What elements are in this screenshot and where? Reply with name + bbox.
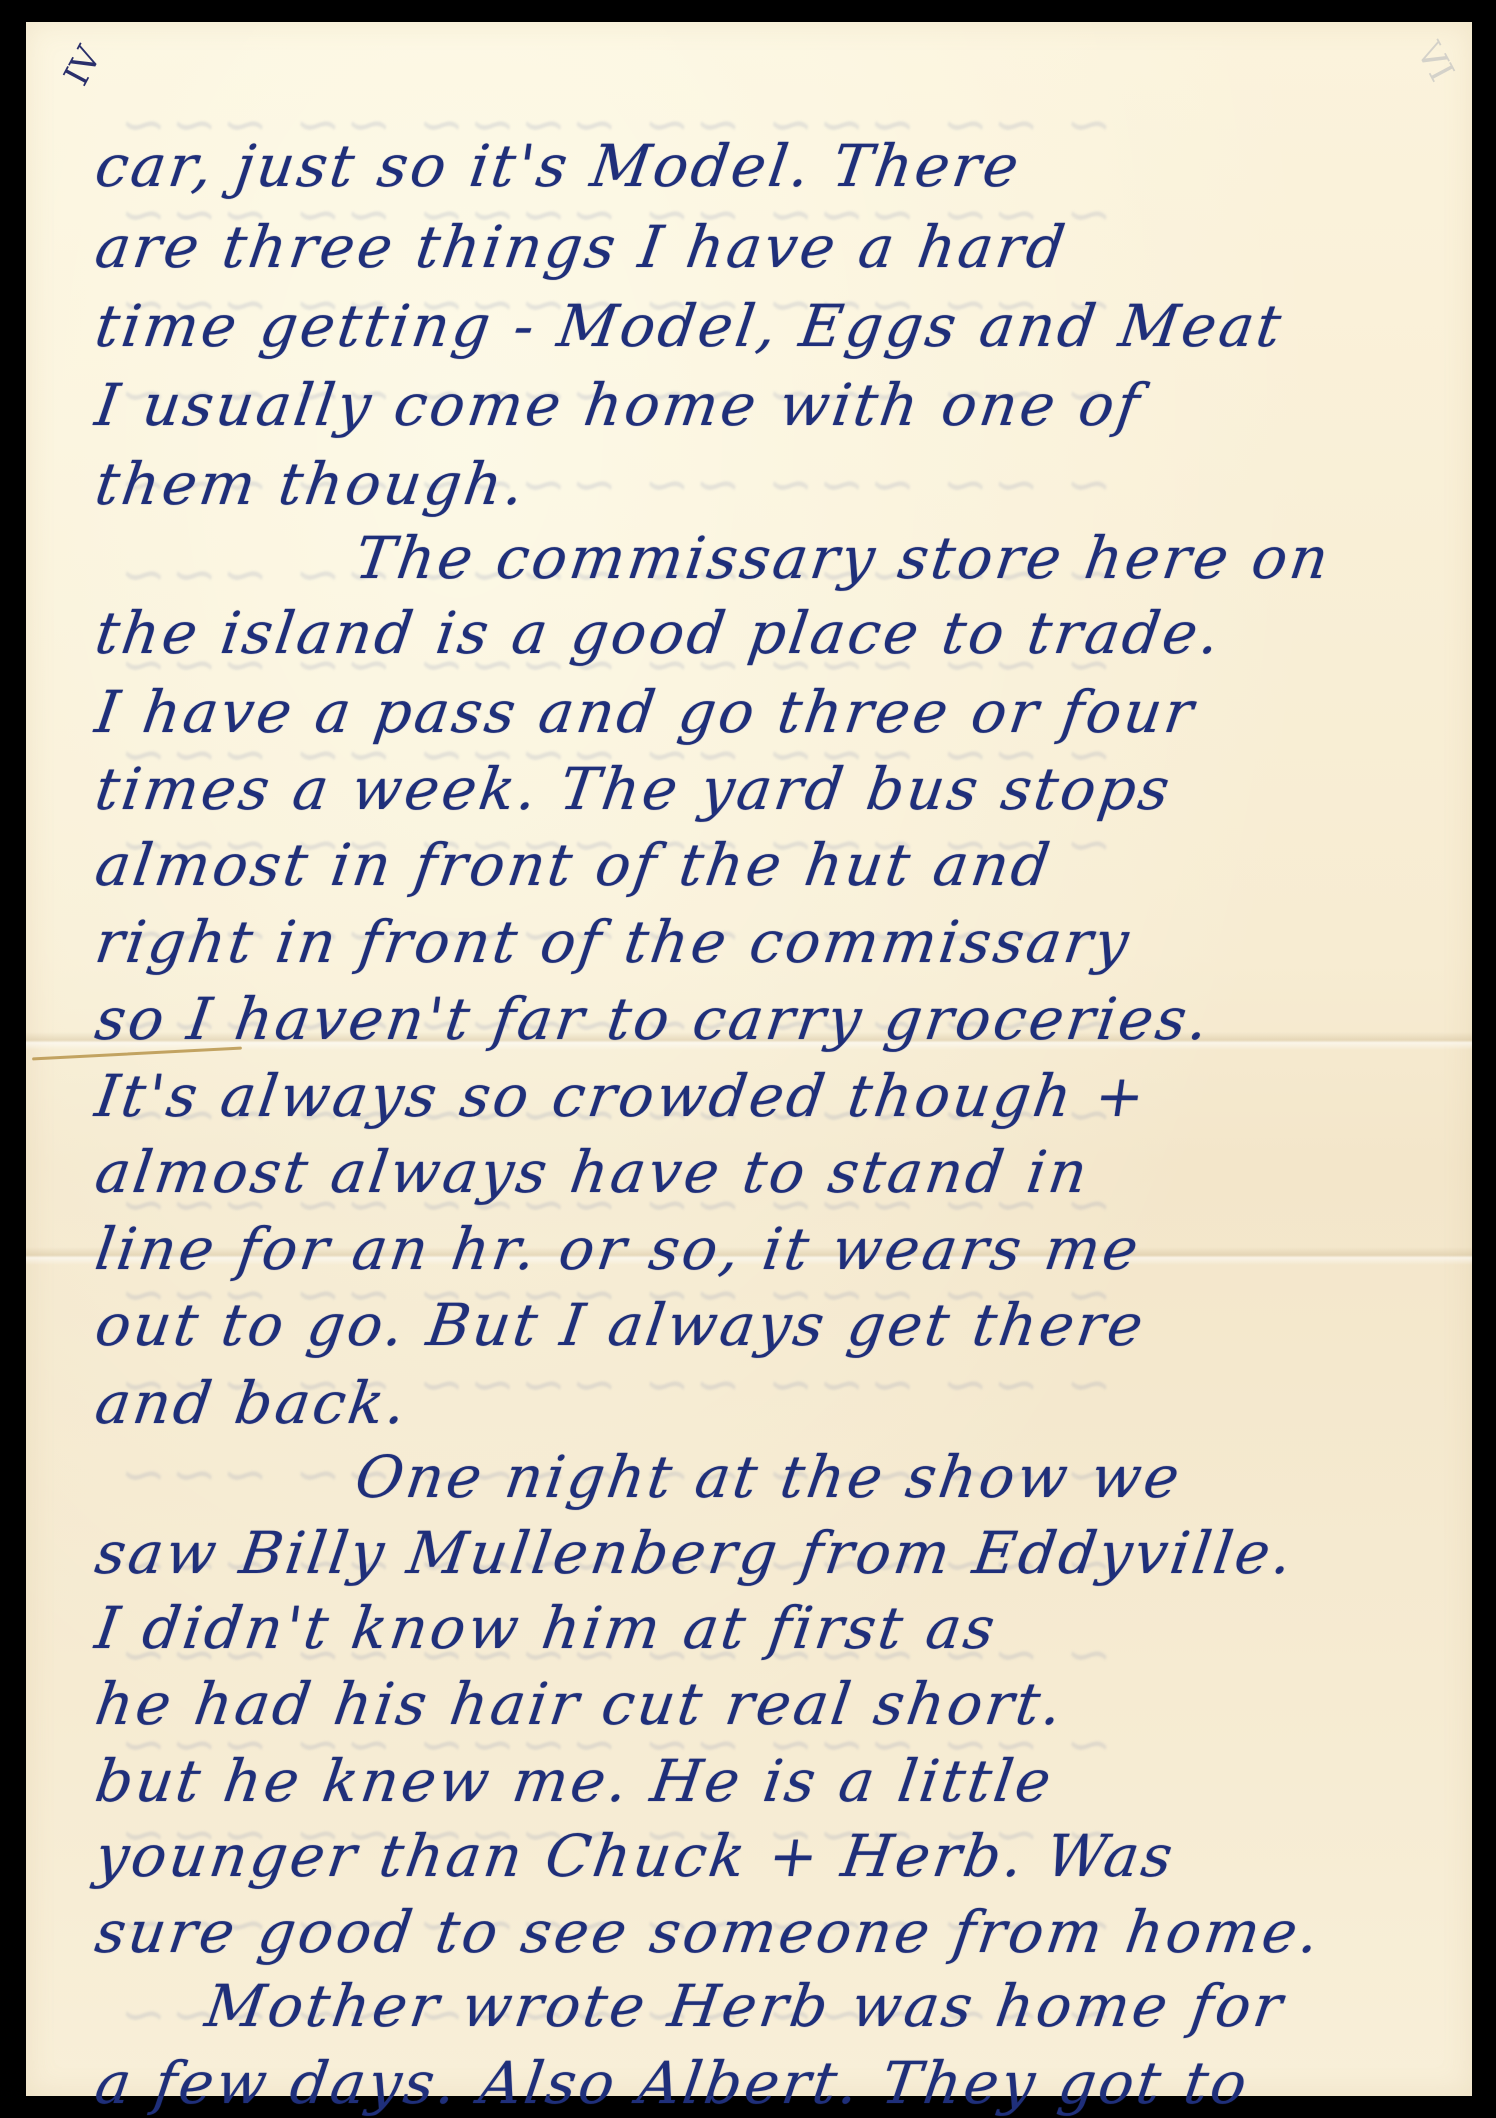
letter-line: the island is a good place to trade. (91, 599, 1226, 667)
letter-line: almost in front of the hut and (91, 831, 1056, 899)
letter-line: Mother wrote Herb was home for (201, 1972, 1289, 2040)
letter-line: time getting - Model, Eggs and Meat (91, 292, 1288, 360)
letter-line: saw Billy Mullenberg from Eddyville. (91, 1519, 1299, 1587)
letter-line: sure good to see someone from home. (91, 1898, 1326, 1966)
letter-line: almost always have to stand in (91, 1138, 1094, 1206)
letter-line: and back. (91, 1369, 413, 1437)
letter-line: out to go. But I always get there (91, 1291, 1150, 1359)
letter-line: times a week. The yard bus stops (91, 755, 1176, 823)
letter-line: he had his hair cut real short. (91, 1670, 1069, 1738)
letter-line: are three things I have a hard (91, 213, 1072, 281)
letter-body: ~ ~~ ~~~ ~~ ~~~~ ~~ ~~~~ ~~ ~~~ ~~ ~~~~ … (26, 22, 1472, 2096)
letter-line: It's always so crowded though + (91, 1062, 1152, 1130)
letter-line: I didn't know him at first as (91, 1594, 1002, 1662)
letter-line: so I haven't far to carry groceries. (91, 985, 1215, 1053)
letter-line: I have a pass and go three or four (91, 678, 1200, 746)
letter-line: One night at the show we (351, 1443, 1186, 1511)
letter-line: but he knew me. He is a little (91, 1747, 1058, 1815)
letter-line: a few days. Also Albert. They got to (91, 2049, 1253, 2117)
letter-line: them though. (91, 450, 531, 518)
letter-line: I usually come home with one of (91, 371, 1146, 439)
letter-page: IV IV ~ ~~ ~~~ ~~ ~~~~ ~~ ~~~~ ~~ ~~~ ~~… (26, 22, 1472, 2096)
letter-line: The commissary store here on (351, 524, 1335, 592)
letter-line: line for an hr. or so, it wears me (91, 1215, 1145, 1283)
letter-line: car, just so it's Model. There (91, 132, 1025, 200)
letter-line: younger than Chuck + Herb. Was (91, 1822, 1179, 1890)
letter-line: right in front of the commissary (91, 908, 1135, 976)
